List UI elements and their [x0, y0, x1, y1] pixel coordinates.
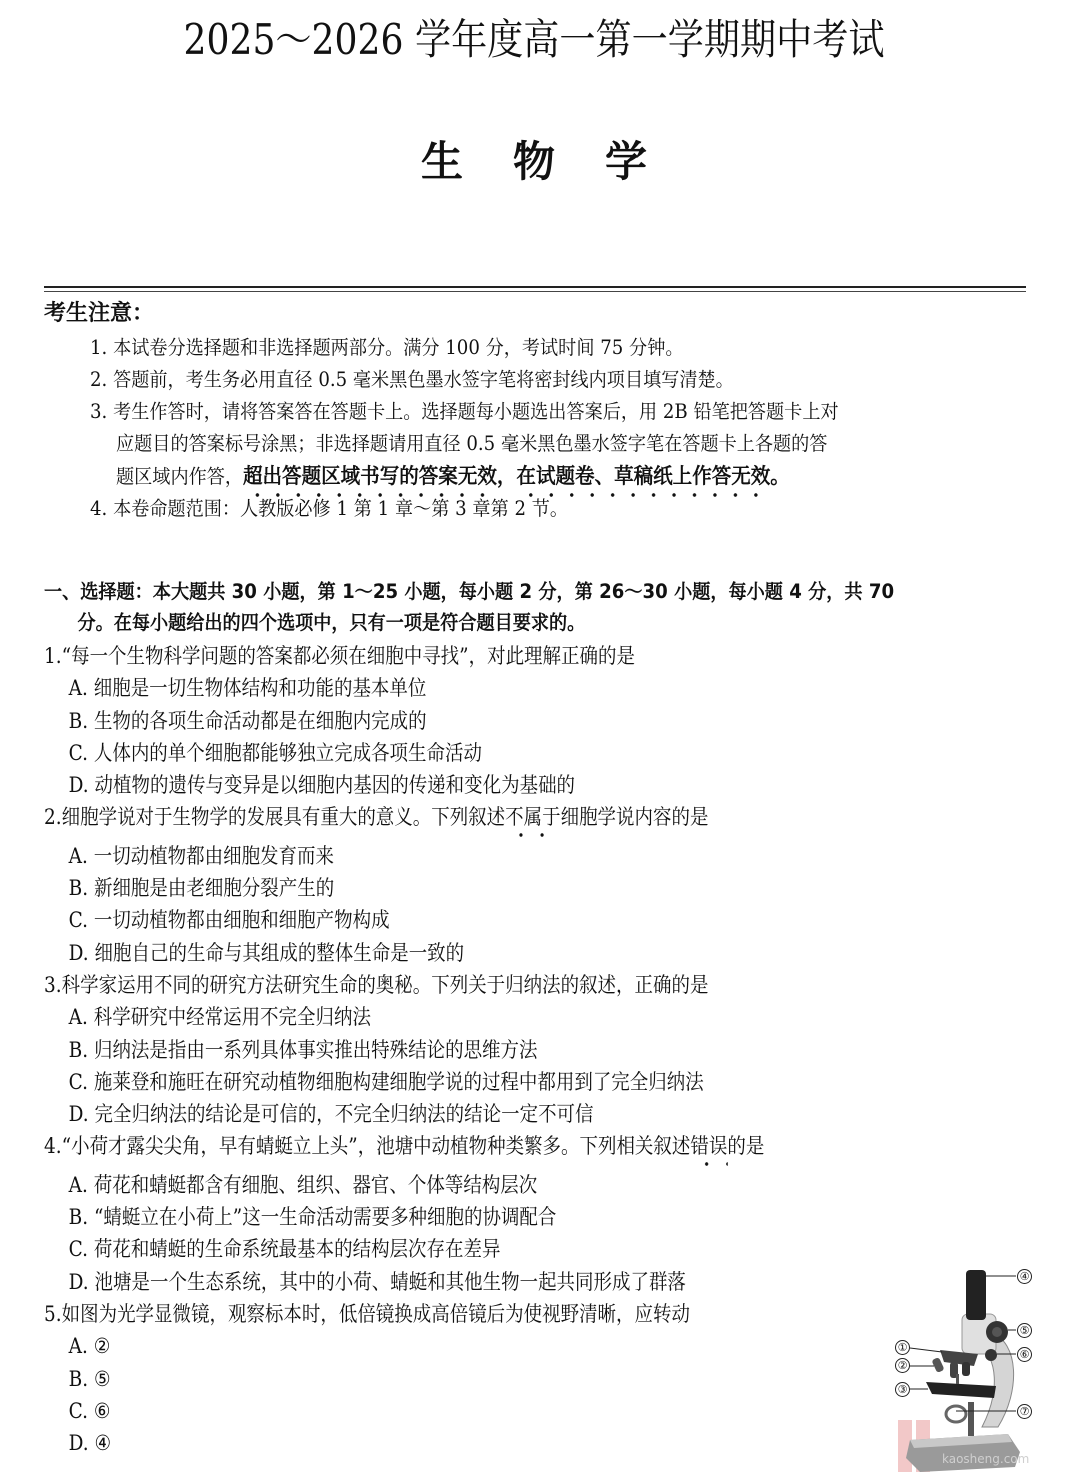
option-b: B. 新细胞是由老细胞分裂产生的: [44, 872, 924, 904]
option-a: A. 荷花和蜻蜓都含有细胞、组织、器官、个体等结构层次: [44, 1169, 924, 1201]
label-1: ①: [895, 1340, 910, 1355]
label-2: ②: [895, 1358, 910, 1373]
question-stem-emphasis: 错误: [690, 1134, 727, 1167]
label-3: ③: [895, 1382, 910, 1397]
option-a: A. 细胞是一切生物体结构和功能的基本单位: [44, 672, 924, 704]
question-number: 2.: [44, 805, 62, 829]
option-b: B. 归纳法是指由一系列具体事实推出特殊结论的思维方法: [44, 1034, 924, 1066]
option-c: C. 人体内的单个细胞都能够独立完成各项生命活动: [44, 737, 924, 769]
option-d: D. 细胞自己的生命与其组成的整体生命是一致的: [44, 937, 924, 969]
label-4: ④: [1017, 1269, 1032, 1284]
notice-item: 4. 本卷命题范围：人教版必修 1 第 1 章～第 3 章第 2 节。: [90, 493, 974, 525]
question-number: 3.: [44, 973, 62, 997]
option-d: D. 池塘是一个生态系统，其中的小荷、蜻蜓和其他生物一起共同形成了群落: [44, 1266, 924, 1298]
option-b: B. “蜻蜓立在小荷上”这一生命活动需要多种细胞的协调配合: [44, 1201, 924, 1233]
notice-item: 3. 考生作答时，请将答案答在答题卡上。选择题每小题选出答案后，用 2B 铅笔把…: [90, 396, 974, 428]
option-a: A. ②: [44, 1330, 924, 1362]
notice-item-continued: 应题目的答案标号涂黑；非选择题请用直径 0.5 毫米黑色墨水签字笔在答题卡上各题…: [90, 428, 974, 460]
notice-list: 1. 本试卷分选择题和非选择题两部分。满分 100 分，考试时间 75 分钟。 …: [90, 332, 1040, 525]
question-number: 5.: [44, 1302, 62, 1326]
subject-title: 生物学: [0, 132, 1068, 192]
question-stem: 科学家运用不同的研究方法研究生命的奥秘。下列关于归纳法的叙述，正确的是: [62, 973, 709, 997]
option-d: D. 动植物的遗传与变异是以细胞内基因的传递和变化为基础的: [44, 769, 924, 801]
option-b: B. ⑤: [44, 1363, 924, 1395]
section-heading: 一、选择题：本大题共 30 小题，第 1～25 小题，每小题 2 分，第 26～…: [44, 576, 1034, 638]
section-heading-line: 一、选择题：本大题共 30 小题，第 1～25 小题，每小题 2 分，第 26～…: [44, 576, 965, 607]
emphasis-period: 。: [770, 464, 790, 488]
notice-item-continued: 题区域内作答，超出答题区域书写的答案无效，在试题卷、草稿纸上作答无效。: [90, 460, 974, 493]
question-stem-emphasis: 不属于: [505, 805, 560, 838]
option-d: D. 完全归纳法的结论是可信的，不完全归纳法的结论一定不可信: [44, 1098, 924, 1130]
option-c: C. 施莱登和施旺在研究动植物细胞构建细胞学说的过程中都用到了完全归纳法: [44, 1066, 924, 1098]
section-heading-line: 分。在每小题给出的四个选项中，只有一项是符合题目要求的。: [44, 607, 965, 638]
question-1: 1.“每一个生物科学问题的答案都必须在细胞中寻找”，对此理解正确的是 A. 细胞…: [44, 640, 1044, 801]
question-stem: 细胞学说对于生物学的发展具有重大的意义。下列叙述: [62, 805, 506, 829]
label-6: ⑥: [1017, 1347, 1032, 1362]
emphasis-comma: ，: [497, 464, 517, 488]
question-stem: 如图为光学显微镜，观察标本时，低倍镜换成高倍镜后为使视野清晰，应转动: [62, 1302, 690, 1326]
exam-title: 2025～2026 学年度高一第一学期期中考试: [75, 10, 993, 70]
notice-heading: 考生注意：: [44, 298, 154, 330]
option-c: C. ⑥: [44, 1395, 924, 1427]
notice-text: 题区域内作答，: [116, 465, 243, 488]
microscope-figure: ④ ⑤ ⑥ ① ② ③ ⑦ kaosheng.com: [870, 1262, 1060, 1477]
option-c: C. 一切动植物都由细胞和细胞产物构成: [44, 904, 924, 936]
header-divider-thick: [44, 286, 1026, 288]
question-number: 1.: [44, 644, 62, 668]
question-2: 2.细胞学说对于生物学的发展具有重大的意义。下列叙述不属于细胞学说内容的是 A.…: [44, 801, 1044, 968]
question-3: 3.科学家运用不同的研究方法研究生命的奥秘。下列关于归纳法的叙述，正确的是 A.…: [44, 969, 1044, 1130]
label-5: ⑤: [1017, 1323, 1032, 1338]
notice-item: 2. 答题前，考生务必用直径 0.5 毫米黑色墨水签字笔将密封线内项目填写清楚。: [90, 364, 974, 396]
question-stem: 细胞学说内容的是: [561, 805, 709, 829]
option-d: D. ④: [44, 1427, 924, 1459]
question-number: 4.: [44, 1134, 62, 1158]
option-a: A. 科学研究中经常运用不完全归纳法: [44, 1001, 924, 1033]
option-c: C. 荷花和蜻蜓的生命系统最基本的结构层次存在差异: [44, 1233, 924, 1265]
question-stem: 的是: [727, 1134, 764, 1158]
option-b: B. 生物的各项生命活动都是在细胞内完成的: [44, 705, 924, 737]
header-divider-thin: [44, 291, 1026, 292]
label-7: ⑦: [1017, 1404, 1032, 1419]
question-stem: “小荷才露尖尖角，早有蜻蜓立上头”，池塘中动植物种类繁多。下列相关叙述: [62, 1134, 691, 1158]
question-stem: “每一个生物科学问题的答案都必须在细胞中寻找”，对此理解正确的是: [62, 644, 635, 668]
notice-item: 1. 本试卷分选择题和非选择题两部分。满分 100 分，考试时间 75 分钟。: [90, 332, 974, 364]
option-a: A. 一切动植物都由细胞发育而来: [44, 840, 924, 872]
watermark: kaosheng.com: [942, 1452, 1029, 1466]
